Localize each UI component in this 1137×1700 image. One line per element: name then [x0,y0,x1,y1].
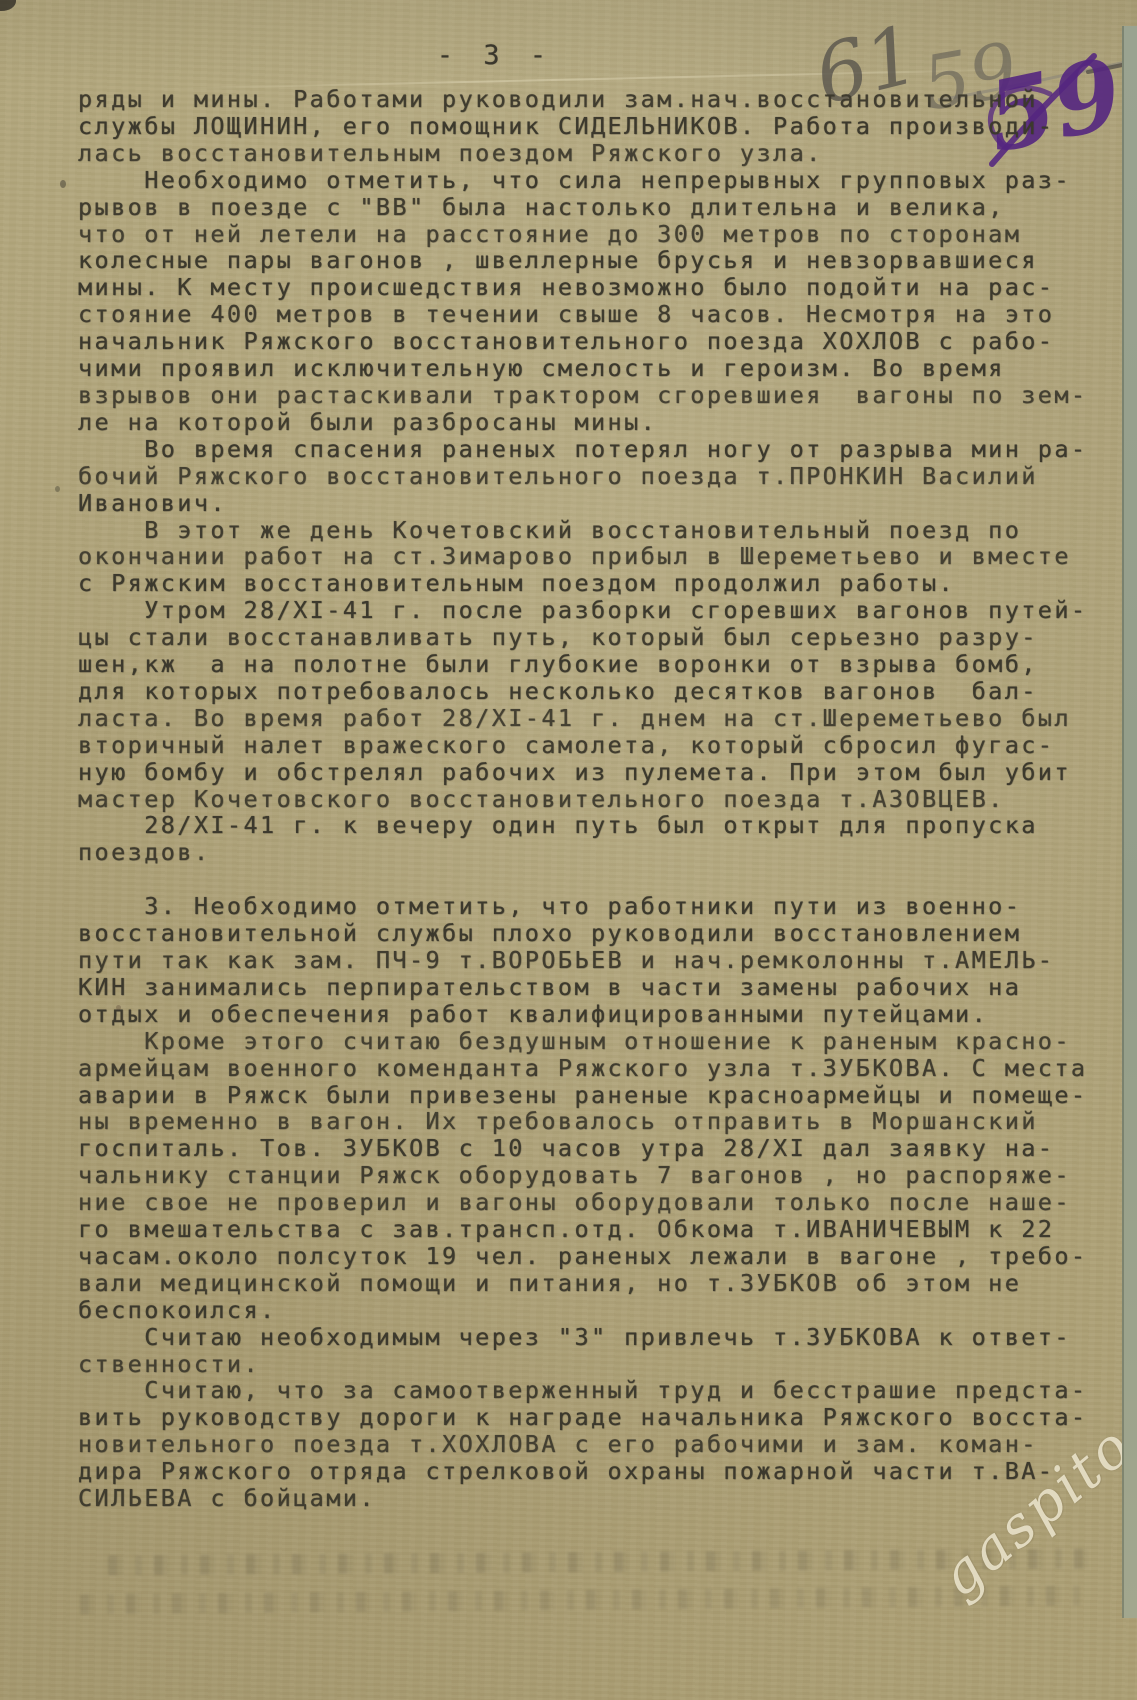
typewritten-line: ряды и мины. Работами руководили зам.нач… [78,86,1118,113]
typewritten-line: аварии в Ряжск были привезены раненые кр… [78,1082,1118,1109]
typewritten-line: Считаю, что за самоотверженный труд и бе… [78,1377,1118,1404]
typewritten-line: стояние 400 метров в течении свыше 8 час… [78,301,1118,328]
scan-edge-band [1122,26,1137,1618]
typewritten-line: го вмешательства с зав.трансп.отд. Обком… [78,1216,1118,1243]
typewritten-line: Необходимо отметить, что сила непрерывны… [78,167,1118,194]
typewritten-line: поездов. [78,839,1118,866]
typewritten-line: госпиталь. Тов. ЗУБКОВ с 10 часов утра 2… [78,1135,1118,1162]
typewritten-line: службы ЛОЩИНИН, его помощник СИДЕЛЬНИКОВ… [78,113,1118,140]
typewritten-line: ны временно в вагон. Их требовалось отпр… [78,1108,1118,1135]
ink-speck [116,1005,121,1010]
typewritten-line: 3. Необходимо отметить, что работники пу… [78,893,1118,920]
typewritten-line: с Ряжским восстановительным поездом прод… [78,570,1118,597]
typewritten-text: ряды и мины. Работами руководили зам.нач… [78,86,1118,1512]
typewritten-line: СИЛЬЕВА с бойцами. [78,1485,1118,1512]
typewritten-line: пути так как зам. ПЧ-9 т.ВОРОБЬЕВ и нач.… [78,947,1118,974]
typewritten-line: шен,кж а на полотне были глубокие воронк… [78,651,1118,678]
scanned-document-page: - 3 - 61 59 59 ряды и мины. Работами рук… [0,0,1137,1700]
typewritten-line: дира Ряжского отряда стрелковой охраны п… [78,1458,1118,1485]
typewritten-line: отдых и обеспечения работ квалифицирован… [78,1001,1118,1028]
typewritten-line [78,866,1118,893]
typewritten-line: Иванович. [78,490,1118,517]
typewritten-line: В этот же день Кочетовский восстановител… [78,517,1118,544]
typewritten-line: Кроме этого считаю бездушным отношение к… [78,1028,1118,1055]
typewritten-line: бочий Ряжского восстановительного поезда… [78,463,1118,490]
typewritten-line: для которых потребовалось несколько деся… [78,678,1118,705]
typewritten-line: мастер Кочетовского восстановительного п… [78,786,1118,813]
typewritten-line: мины. К месту происшедствия невозможно б… [78,274,1118,301]
typewritten-line: чальнику станции Ряжск оборудовать 7 ваг… [78,1162,1118,1189]
typewritten-line: Во время спасения раненых потерял ногу о… [78,436,1118,463]
typewritten-line: начальник Ряжского восстановительного по… [78,328,1118,355]
typewritten-line: колесные пары вагонов , швеллерные брусь… [78,247,1118,274]
typewritten-line: восстановительной службы плохо руководил… [78,920,1118,947]
typewritten-line: 28/XI-41 г. к вечеру один путь был откры… [78,812,1118,839]
typewritten-line: цы стали восстанавливать путь, который б… [78,624,1118,651]
typewritten-line: вали медицинской помощи и питания, но т.… [78,1270,1118,1297]
typewritten-line: ственности. [78,1351,1118,1378]
typewritten-line: ле на которой были разбросаны мины. [78,409,1118,436]
page-number: - 3 - [415,40,575,71]
typewritten-line: часам.около полсуток 19 чел. раненых леж… [78,1243,1118,1270]
typewritten-line: чими проявил исключительную смелость и г… [78,355,1118,382]
typewritten-line: новительного поезда т.ХОХЛОВА с его рабо… [78,1431,1118,1458]
ink-speck [60,180,66,188]
ink-speck [55,486,60,492]
typewritten-line: армейцам военного коменданта Ряжского уз… [78,1055,1118,1082]
typewritten-line: вторичный налет вражеского самолета, кот… [78,732,1118,759]
corner-speck [0,0,16,11]
typewritten-line: КИН занимались перпирательством в части … [78,974,1118,1001]
typewritten-line: что от ней летели на расстояние до 300 м… [78,221,1118,248]
typewritten-line: окончании работ на ст.Зимарово прибыл в … [78,543,1118,570]
typewritten-line: лась восстановительным поездом Ряжского … [78,140,1118,167]
typewritten-line: ласта. Во время работ 28/XI-41 г. днем н… [78,705,1118,732]
typewritten-line: ную бомбу и обстрелял рабочих из пулемет… [78,759,1118,786]
typewritten-line: рывов в поезде с "ВВ" была настолько дли… [78,194,1118,221]
typewritten-line: беспокоился. [78,1297,1118,1324]
typewritten-line: ние свое не проверил и вагоны оборудовал… [78,1189,1118,1216]
typewritten-line: Утром 28/XI-41 г. после разборки сгоревш… [78,597,1118,624]
typewritten-line: взрывов они растаскивали трактором сгоре… [78,382,1118,409]
typewritten-line: Считаю необходимым через "3" привлечь т.… [78,1324,1118,1351]
faded-illegible-line [80,1586,1080,1615]
typewritten-line: вить руководству дороги к награде началь… [78,1404,1118,1431]
